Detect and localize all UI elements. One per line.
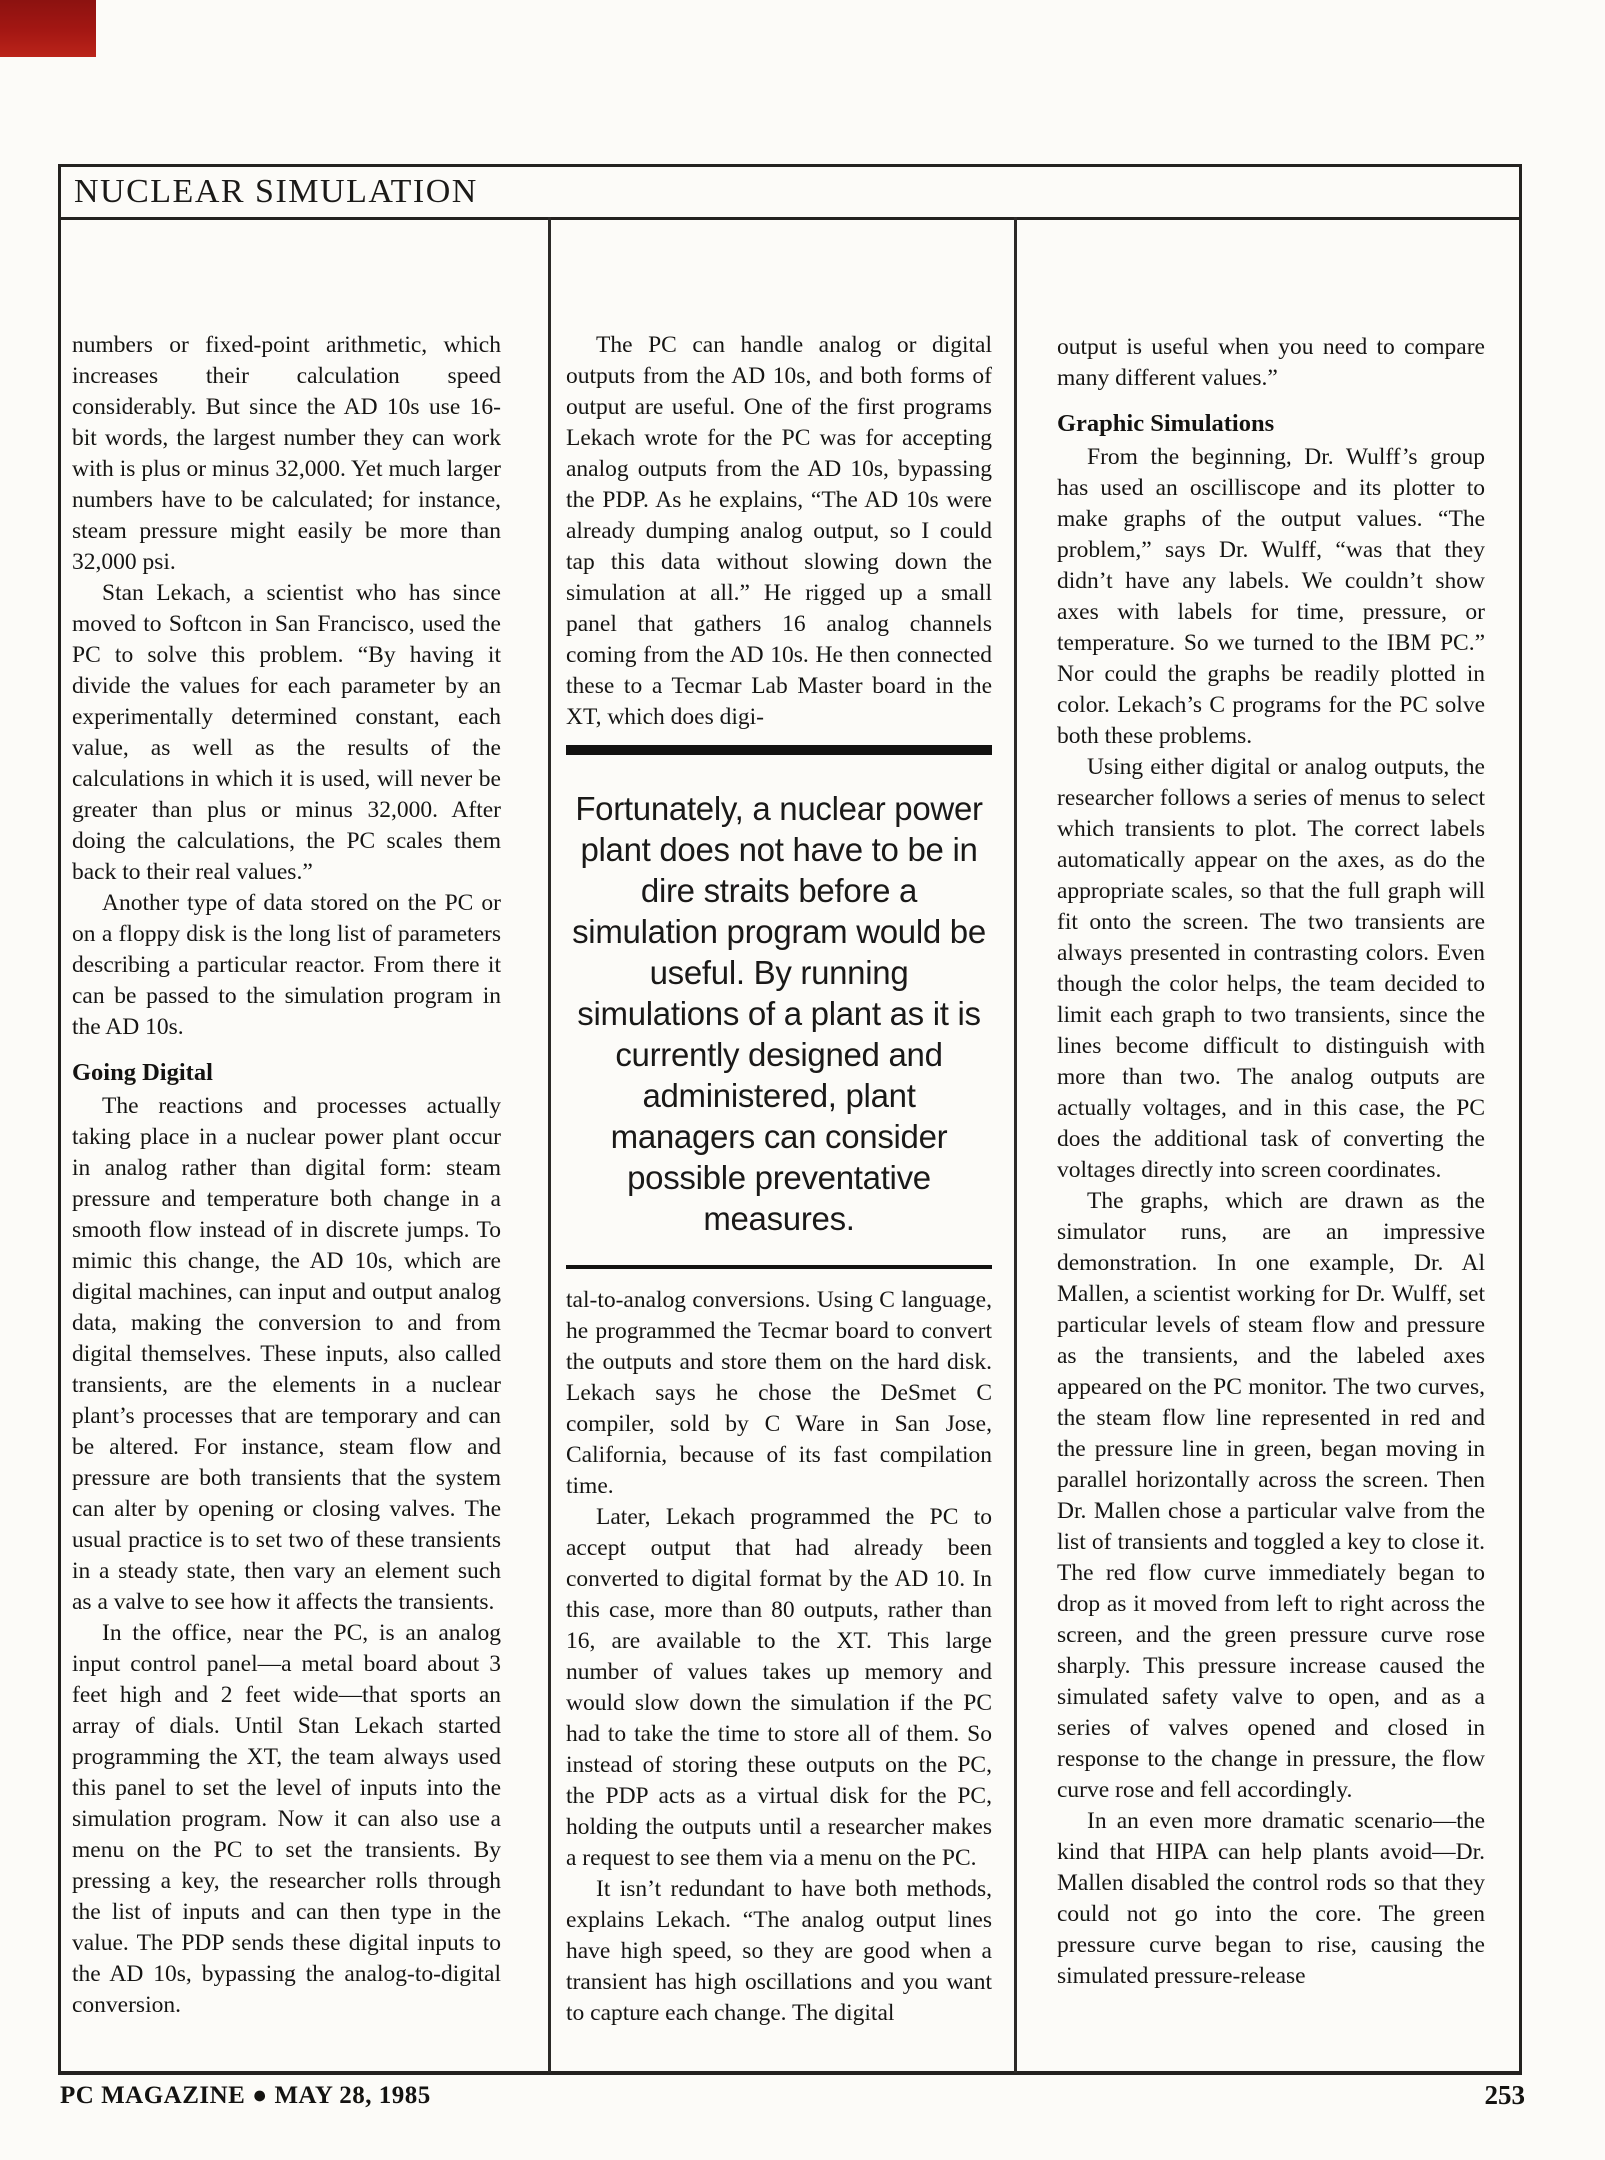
article-column-1: numbers or fixed-point arithmetic, which… xyxy=(72,330,501,2021)
paragraph: output is useful when you need to compar… xyxy=(1057,332,1485,394)
paragraph: Another type of data stored on the PC or… xyxy=(72,888,501,1043)
paragraph: It isn’t redundant to have both methods,… xyxy=(566,1874,992,2029)
paragraph: Stan Lekach, a scientist who has since m… xyxy=(72,578,501,888)
paragraph: In an even more dramatic scenario—the ki… xyxy=(1057,1806,1485,1992)
article-header: NUCLEAR SIMULATION xyxy=(61,167,1519,220)
paragraph: Later, Lekach programmed the PC to accep… xyxy=(566,1502,992,1874)
paragraph: The reactions and processes actually tak… xyxy=(72,1091,501,1618)
magazine-page: { "header": { "title": "NUCLEAR SIMULATI… xyxy=(0,0,1605,2160)
column-divider-2 xyxy=(1014,217,1017,2073)
paragraph: From the beginning, Dr. Wulff’s group ha… xyxy=(1057,442,1485,752)
paragraph: Using either digital or analog outputs, … xyxy=(1057,752,1485,1186)
article-column-2: The PC can handle analog or digital outp… xyxy=(566,330,992,2029)
paragraph: tal-to-analog conversions. Using C langu… xyxy=(566,1285,992,1502)
paragraph: The graphs, which are drawn as the simul… xyxy=(1057,1186,1485,1806)
paragraph: numbers or fixed-point arithmetic, which… xyxy=(72,330,501,578)
article-column-3: output is useful when you need to compar… xyxy=(1057,332,1485,1992)
section-heading: Going Digital xyxy=(72,1057,501,1088)
paragraph: In the office, near the PC, is an analog… xyxy=(72,1618,501,2021)
pull-quote-text: Fortunately, a nuclear power plant does … xyxy=(568,788,990,1239)
page-number: 253 xyxy=(1485,2080,1526,2111)
section-heading: Graphic Simulations xyxy=(1057,408,1485,439)
pull-quote: Fortunately, a nuclear power plant does … xyxy=(566,745,992,1269)
corner-red-block xyxy=(0,0,96,57)
column-divider-1 xyxy=(548,217,551,2073)
footer-magazine-date: PC MAGAZINE ● MAY 28, 1985 xyxy=(60,2082,431,2110)
paragraph: The PC can handle analog or digital outp… xyxy=(566,330,992,733)
page-title: NUCLEAR SIMULATION xyxy=(61,173,478,211)
